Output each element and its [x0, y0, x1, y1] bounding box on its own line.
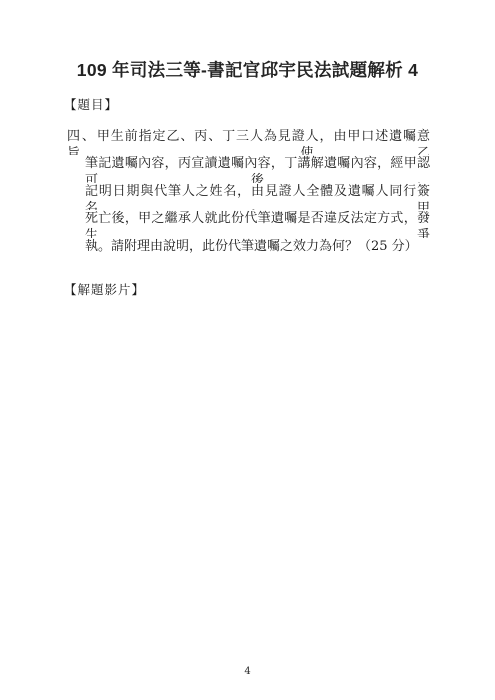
question-line-5: 執。請附理由說明，此份代筆遺囑之效力為何？（25 分）	[67, 238, 430, 265]
video-section-label: 【解題影片】	[64, 280, 145, 298]
question-line-text: 甲生前指定乙、丙、丁三人為見證人，由甲口述遺囑意旨，使乙	[67, 129, 430, 155]
question-line-2: 筆記遺囑內容，丙宣讀遺囑內容，丁講解遺囑內容，經甲認可後，	[67, 155, 430, 182]
document-page: 109 年司法三等-書記官邱宇民法試題解析 4 【題目】 四、甲生前指定乙、丙、…	[0, 0, 495, 700]
page-number: 4	[0, 666, 495, 677]
question-paragraph: 四、甲生前指定乙、丙、丁三人為見證人，由甲口述遺囑意旨，使乙 筆記遺囑內容，丙宣…	[67, 128, 430, 265]
question-section-label: 【題目】	[64, 95, 118, 113]
question-line-4: 死亡後，甲之繼承人就此份代筆遺囑是否違反法定方式，發生爭	[67, 210, 430, 237]
question-line-1: 四、甲生前指定乙、丙、丁三人為見證人，由甲口述遺囑意旨，使乙	[67, 128, 430, 155]
question-line-3: 記明日期與代筆人之姓名，由見證人全體及遺囑人同行簽名。甲	[67, 183, 430, 210]
page-title: 109 年司法三等-書記官邱宇民法試題解析 4	[0, 57, 495, 82]
question-item-number: 四、	[67, 129, 97, 144]
